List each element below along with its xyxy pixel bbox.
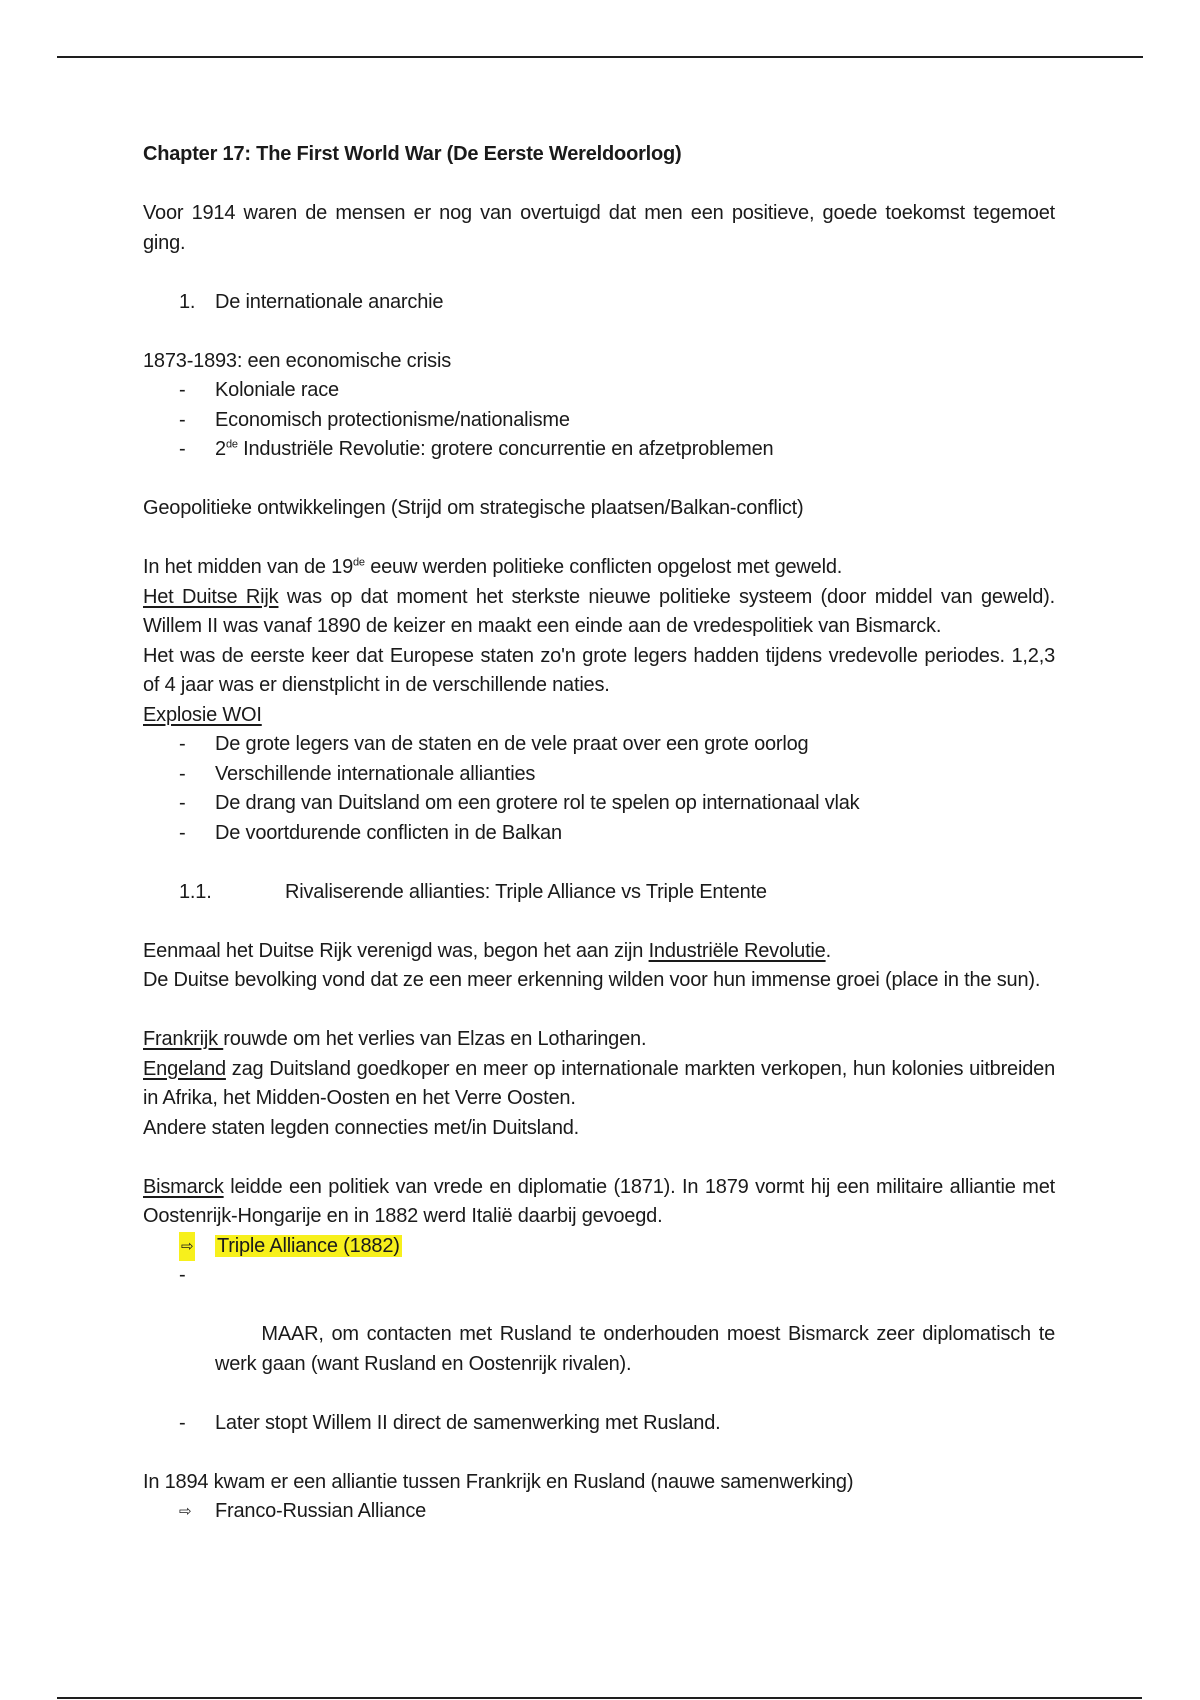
list-item: - De voortdurende conflicten in de Balka… [143, 819, 1055, 849]
list-item: - De drang van Duitsland om een grotere … [143, 789, 1055, 819]
list-item: - Later stopt Willem II direct de samenw… [143, 1409, 1055, 1439]
underlined-term: Het Duitse Rijk [143, 586, 278, 608]
underlined-term: Frankrijk [143, 1028, 223, 1050]
franco-paragraph: In 1894 kwam er een alliantie tussen Fra… [143, 1468, 1055, 1498]
bullet-dash-icon: - [179, 819, 185, 849]
underlined-term: Bismarck [143, 1176, 224, 1198]
arrow-item-triple-alliance: ⇨ Triple Alliance (1882) [143, 1232, 1055, 1262]
section-title: Rivaliserende allianties: Triple Allianc… [285, 881, 767, 903]
midden-paragraph: In het midden van de 19de eeuw werden po… [143, 553, 1055, 583]
legers-paragraph: Het was de eerste keer dat Europese stat… [143, 642, 1055, 701]
section-title: De internationale anarchie [215, 291, 443, 313]
bullet-dash-icon: - [179, 1409, 185, 1439]
bullet-dash-icon: - [179, 760, 185, 790]
arrow-right-icon: ⇨ [179, 1497, 191, 1527]
bullet-dash-icon: - [179, 1261, 185, 1291]
bullet-dash-icon: - [179, 789, 185, 819]
frankrijk-paragraph: Frankrijk rouwde om het verlies van Elza… [143, 1025, 1055, 1055]
engeland-paragraph: Engeland zag Duitsland goedkoper en meer… [143, 1055, 1055, 1114]
header-rule [57, 56, 1143, 58]
footer-rule [57, 1697, 1142, 1699]
list-item: - Koloniale race [143, 376, 1055, 406]
bevolking-paragraph: De Duitse bevolking vond dat ze een meer… [143, 966, 1055, 996]
underlined-term: Industriële Revolutie [649, 940, 826, 962]
explosie-heading: Explosie WOI [143, 701, 262, 731]
geopolitics-paragraph: Geopolitieke ontwikkelingen (Strijd om s… [143, 494, 1055, 524]
bullet-dash-icon: - [179, 406, 185, 436]
bismarck-paragraph: Bismarck leidde een politiek van vrede e… [143, 1173, 1055, 1232]
section-heading-1: 1. De internationale anarchie [143, 288, 1055, 318]
list-item: - Economisch protectionisme/nationalisme [143, 406, 1055, 436]
bullet-dash-icon: - [179, 435, 185, 465]
bullet-dash-icon: - [179, 730, 185, 760]
list-item: - 2de Industriële Revolutie: grotere con… [143, 435, 1055, 465]
eenmaal-paragraph: Eenmaal het Duitse Rijk verenigd was, be… [143, 937, 1055, 967]
intro-paragraph: Voor 1914 waren de mensen er nog van ove… [143, 199, 1055, 258]
document-page: Chapter 17: The First World War (De Eers… [143, 140, 1055, 1527]
arrow-right-icon: ⇨ [179, 1232, 195, 1262]
section-number: 1. [179, 288, 195, 318]
andere-paragraph: Andere staten legden connecties met/in D… [143, 1114, 1055, 1144]
list-item: - Verschillende internationale alliantie… [143, 760, 1055, 790]
section-heading-1-1: 1.1. Rivaliserende allianties: Triple Al… [143, 878, 1055, 908]
highlighted-text: Triple Alliance (1882) [215, 1235, 402, 1257]
list-item: - MAAR, om contacten met Rusland te onde… [143, 1261, 1055, 1409]
crisis-heading: 1873-1893: een economische crisis [143, 347, 1055, 377]
arrow-item-franco-russian: ⇨ Franco-Russian Alliance [143, 1497, 1055, 1527]
underlined-term: Engeland [143, 1058, 226, 1080]
duitse-rijk-paragraph: Het Duitse Rijk was op dat moment het st… [143, 583, 1055, 642]
chapter-title: Chapter 17: The First World War (De Eers… [143, 140, 1055, 170]
list-item: - De grote legers van de staten en de ve… [143, 730, 1055, 760]
section-number: 1.1. [179, 878, 212, 908]
bullet-dash-icon: - [179, 376, 185, 406]
